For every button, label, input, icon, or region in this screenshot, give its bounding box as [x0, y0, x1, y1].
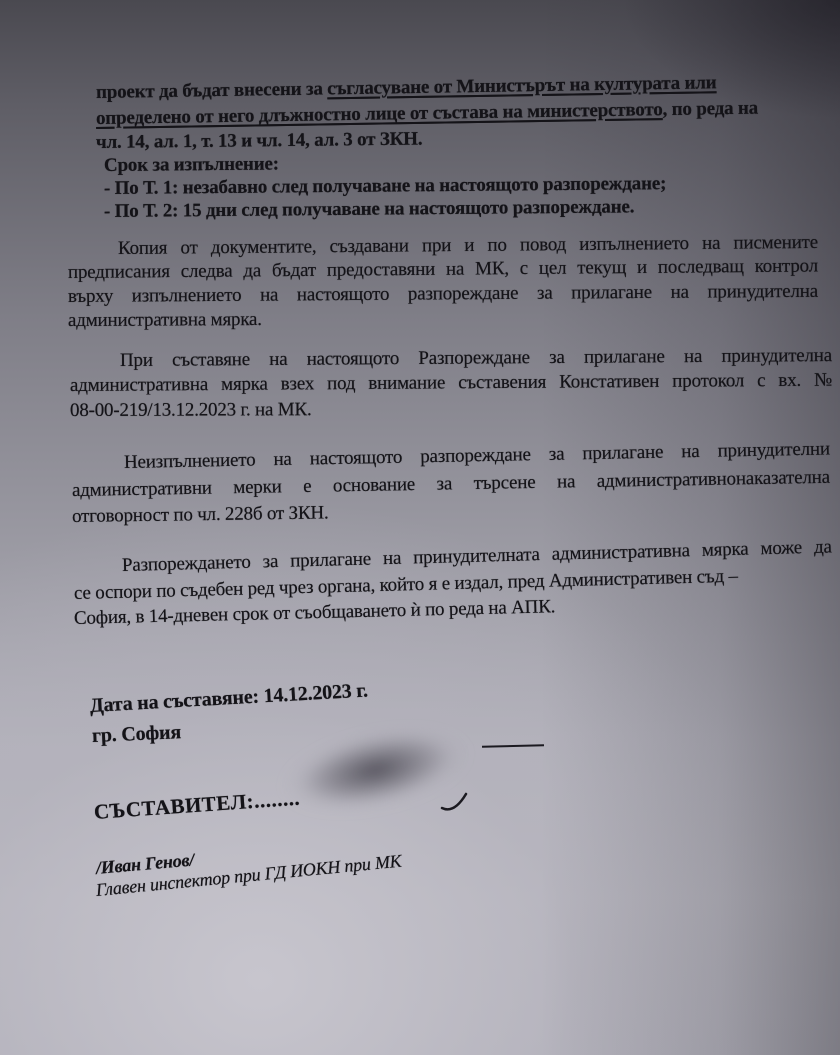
paragraph-protocol-line-3: 08-00-219/13.12.2023 г. на МК.	[70, 399, 312, 422]
text: проект да бъдат внесени за	[96, 78, 328, 103]
author-dots: ........	[253, 786, 301, 813]
paragraph-copies-line-2: предписания следва да бъдат предоставяни…	[68, 255, 818, 284]
paragraph-liability-line-3: отговорност по чл. 228б от ЗКН.	[72, 502, 329, 528]
paragraph-protocol-line-2: административна мярка взех под внимание …	[70, 370, 832, 397]
paragraph-1-line-2: определено от него длъжностно лице от съ…	[96, 98, 758, 130]
text: , по реда на	[662, 98, 758, 120]
signature-stroke-icon	[440, 790, 470, 812]
paragraph-copies-line-4: административна мярка.	[68, 309, 262, 332]
underlined-text: съгласуване от Министърът на културата и…	[327, 72, 717, 99]
deadline-heading: Срок за изпълнение:	[104, 153, 279, 177]
author-label: СЪСТАВИТЕЛ:........	[93, 786, 301, 825]
signature-line	[482, 744, 544, 748]
author-label-text: СЪСТАВИТЕЛ:	[93, 789, 255, 824]
underlined-text: определено от него длъжностно лице от съ…	[96, 99, 663, 129]
paragraph-copies-line-3: върху изпълнението на настоящото разпоре…	[68, 281, 818, 308]
deadline-item-2: - По Т. 2: 15 дни след получаване на нас…	[104, 196, 634, 223]
place: гр. София	[91, 721, 181, 748]
paragraph-protocol-line-1: При съставяне на настоящото Разпореждане…	[120, 345, 832, 372]
date-of-issue: Дата на съставяне: 14.12.2023 г.	[89, 679, 368, 717]
paragraph-1-line-3: чл. 14, ал. 1, т. 13 и чл. 14, ал. 3 от …	[96, 129, 423, 154]
document-page: проект да бъдат внесени за съгласуване о…	[0, 0, 840, 1055]
